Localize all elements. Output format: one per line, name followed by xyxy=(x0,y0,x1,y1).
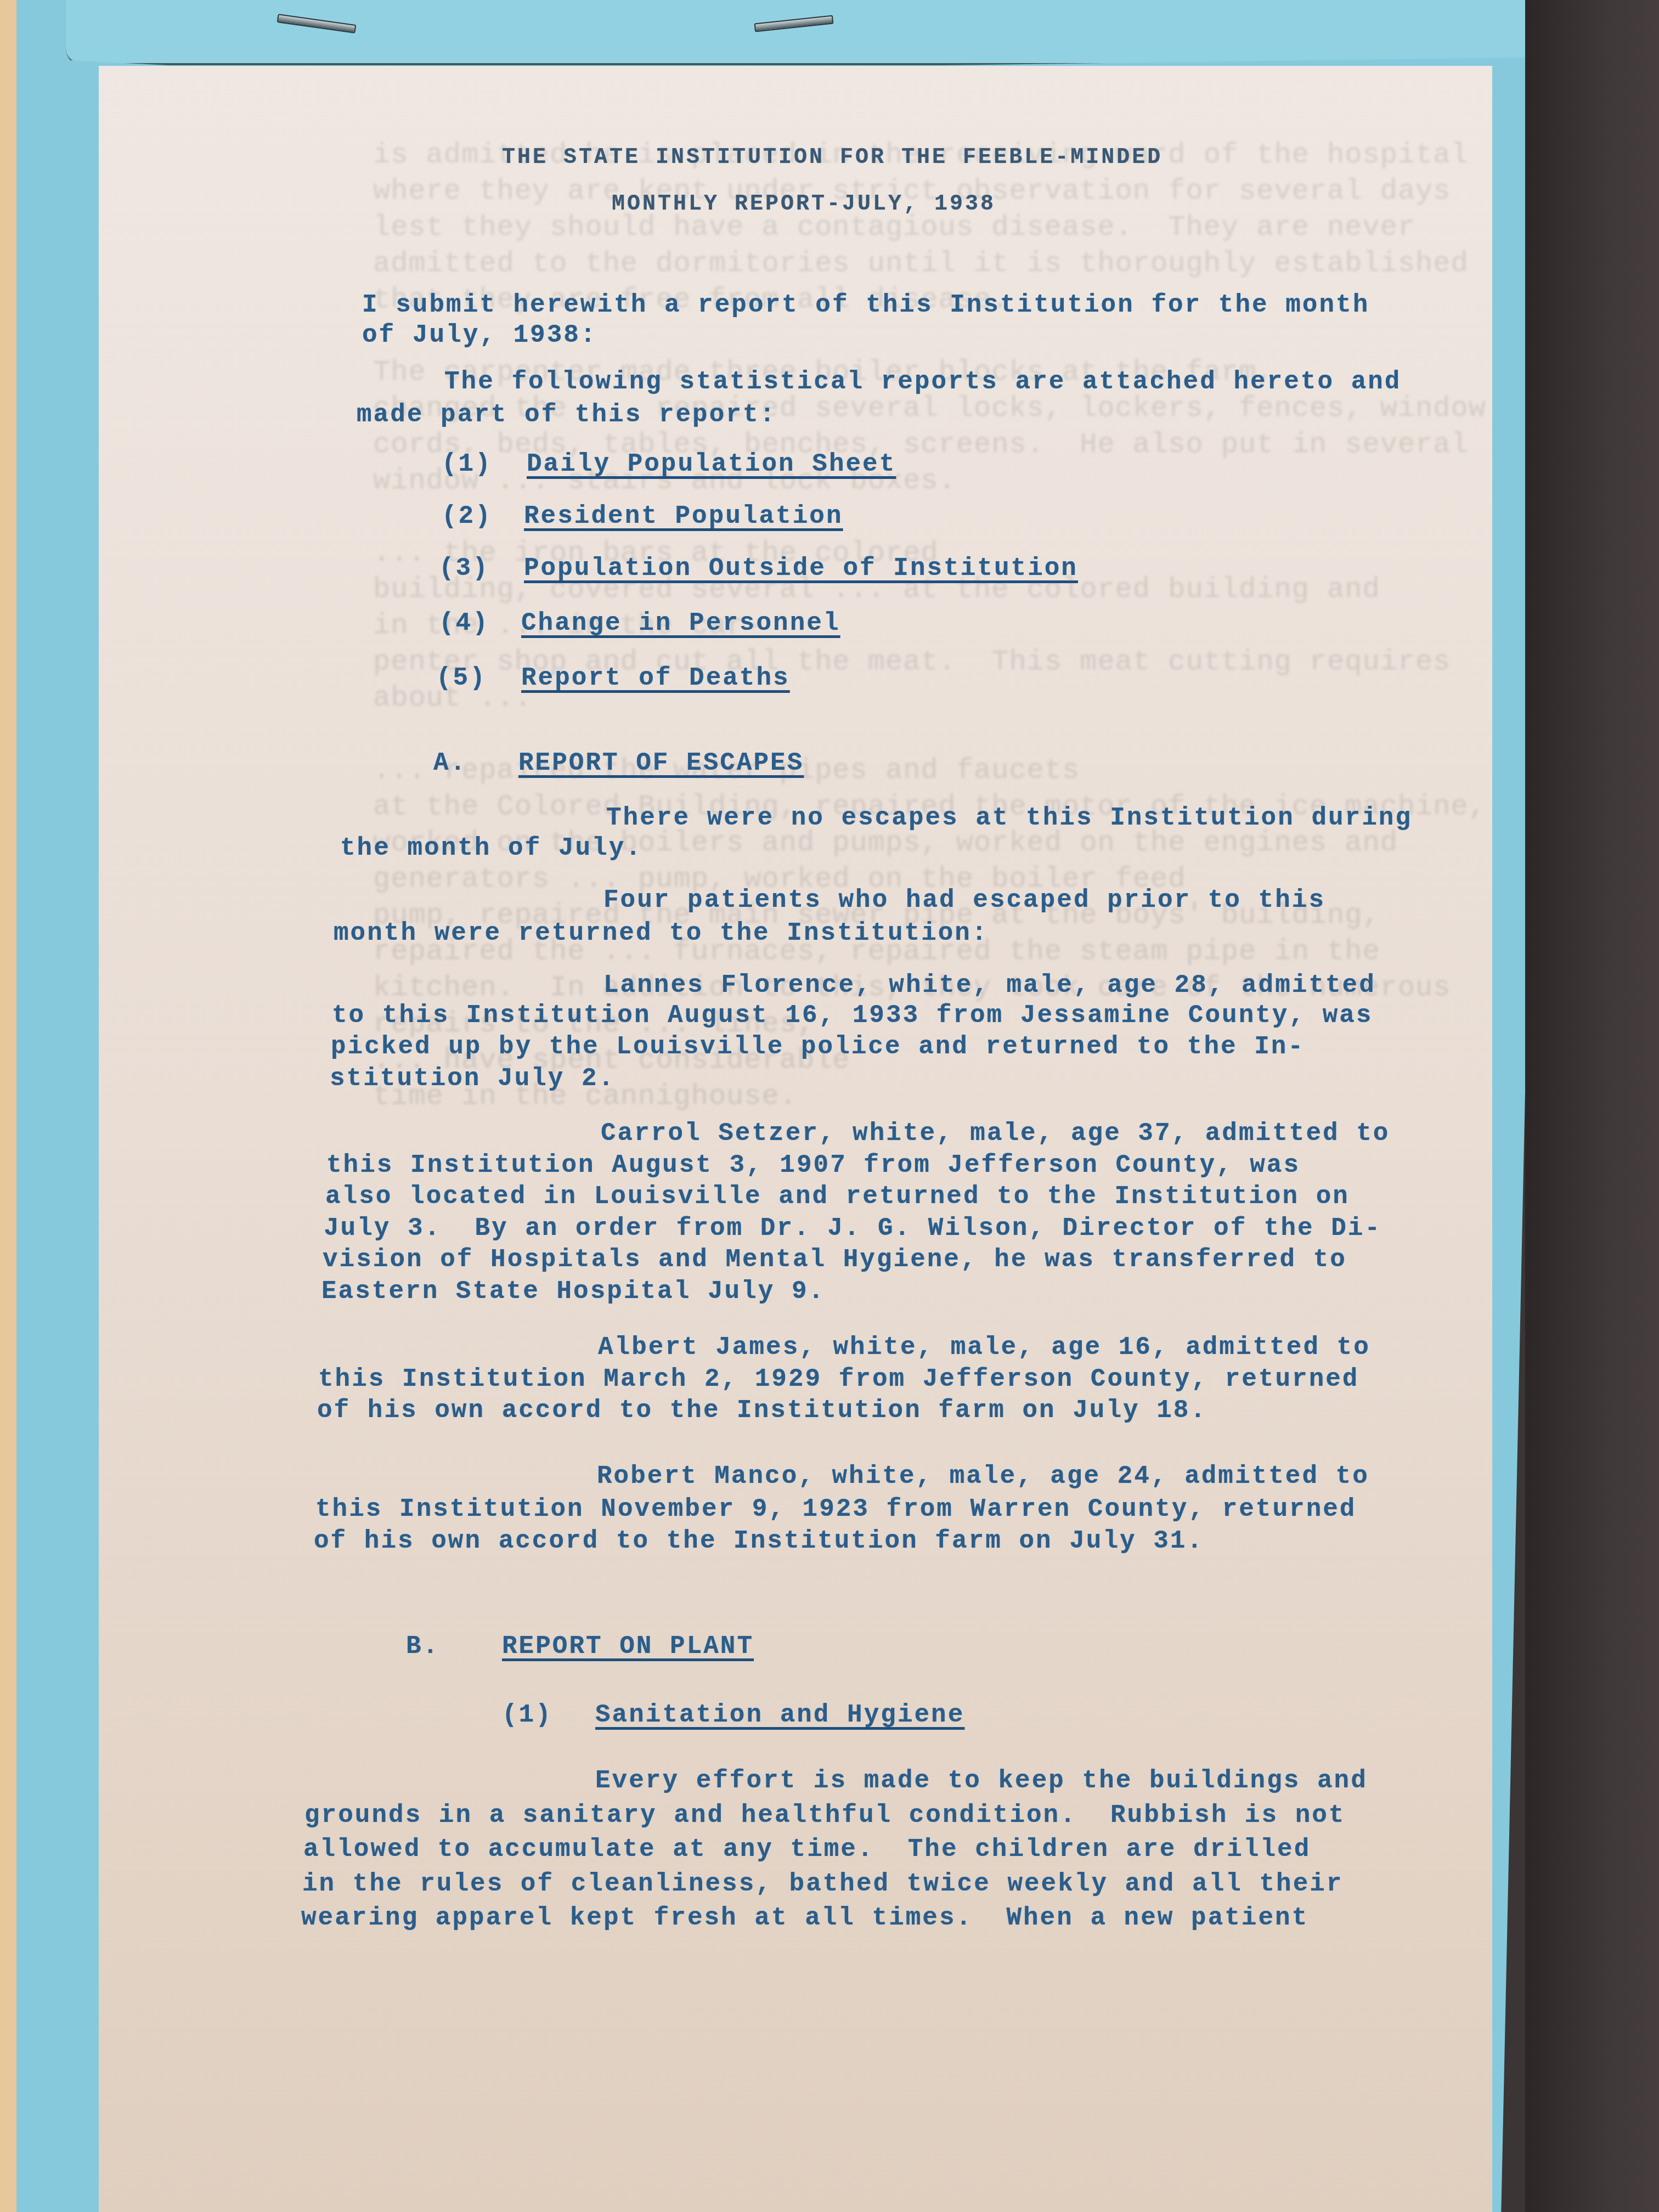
report-title: MONTHLY REPORT-JULY, 1938 xyxy=(612,192,996,217)
paragraph-line: Every effort is made to keep the buildin… xyxy=(595,1767,1368,1795)
intro-line-1: I submit herewith a report of this Insti… xyxy=(362,291,1369,319)
section-a-p1-line-2: the month of July. xyxy=(340,834,642,862)
paragraph-line: wearing apparel kept fresh at all times.… xyxy=(301,1904,1308,1932)
patient-line: vision of Hospitals and Mental Hygiene, … xyxy=(323,1245,1347,1274)
patient-line: stitution July 2. xyxy=(330,1064,615,1093)
attachment-number: (4) xyxy=(439,609,489,637)
section-b-title: REPORT ON PLANT xyxy=(502,1632,754,1661)
patient-line: Robert Manco, white, male, age 24, admit… xyxy=(597,1462,1369,1491)
patient-line: Lannes Florence, white, male, age 28, ad… xyxy=(603,971,1376,1000)
patient-line: July 3. By an order from Dr. J. G. Wilso… xyxy=(324,1214,1381,1243)
attachment-title: Population Outside of Institution xyxy=(524,554,1078,583)
patient-line: Albert James, white, male, age 16, admit… xyxy=(598,1333,1370,1362)
paragraph-line: grounds in a sanitary and healthful cond… xyxy=(304,1801,1345,1830)
section-a-p1-line-1: There were no escapes at this Institutio… xyxy=(606,804,1412,832)
attachment-number: (5) xyxy=(436,664,487,692)
patient-line: of his own accord to the Institution far… xyxy=(317,1396,1207,1425)
section-b-letter: B. xyxy=(406,1632,439,1661)
attachment-title: Daily Population Sheet xyxy=(527,450,896,478)
patient-line: to this Institution August 16, 1933 from… xyxy=(332,1001,1373,1030)
patient-line: Eastern State Hospital July 9. xyxy=(321,1277,825,1306)
patient-line: this Institution August 3, 1907 from Jef… xyxy=(326,1151,1300,1180)
subsection-title: Sanitation and Hygiene xyxy=(595,1701,964,1729)
patient-line: Carrol Setzer, white, male, age 37, admi… xyxy=(601,1119,1390,1148)
attachment-number: (2) xyxy=(442,502,492,531)
attachment-title: Report of Deaths xyxy=(521,664,790,692)
section-a-p2-line-1: Four patients who had escaped prior to t… xyxy=(603,886,1325,915)
paragraph-line: allowed to accumulate at any time. The c… xyxy=(303,1835,1311,1864)
attachment-title: Change in Personnel xyxy=(521,609,840,637)
patient-line: this Institution March 2, 1929 from Jeff… xyxy=(318,1365,1359,1393)
attachment-number: (1) xyxy=(442,450,492,478)
attachments-intro-line-1: The following statistical reports are at… xyxy=(444,368,1401,396)
intro-line-2: of July, 1938: xyxy=(362,321,597,349)
section-a-title: REPORT OF ESCAPES xyxy=(518,749,804,777)
institution-title: THE STATE INSTITUTION FOR THE FEEBLE-MIN… xyxy=(502,145,1163,170)
paragraph-line: in the rules of cleanliness, bathed twic… xyxy=(302,1870,1343,1898)
subsection-number: (1) xyxy=(502,1701,552,1729)
section-a-letter: A. xyxy=(433,749,467,777)
attachment-number: (3) xyxy=(439,554,489,583)
document-content: THE STATE INSTITUTION FOR THE FEEBLE-MIN… xyxy=(0,0,1659,2212)
attachment-title: Resident Population xyxy=(524,502,843,531)
attachments-intro-line-2: made part of this report: xyxy=(357,400,776,429)
patient-line: also located in Louisville and returned … xyxy=(325,1182,1350,1211)
patient-line: picked up by the Louisville police and r… xyxy=(331,1032,1305,1061)
patient-line: this Institution November 9, 1923 from W… xyxy=(315,1495,1356,1523)
patient-line: of his own accord to the Institution far… xyxy=(314,1527,1204,1555)
section-a-p2-line-2: month were returned to the Institution: xyxy=(334,919,989,947)
